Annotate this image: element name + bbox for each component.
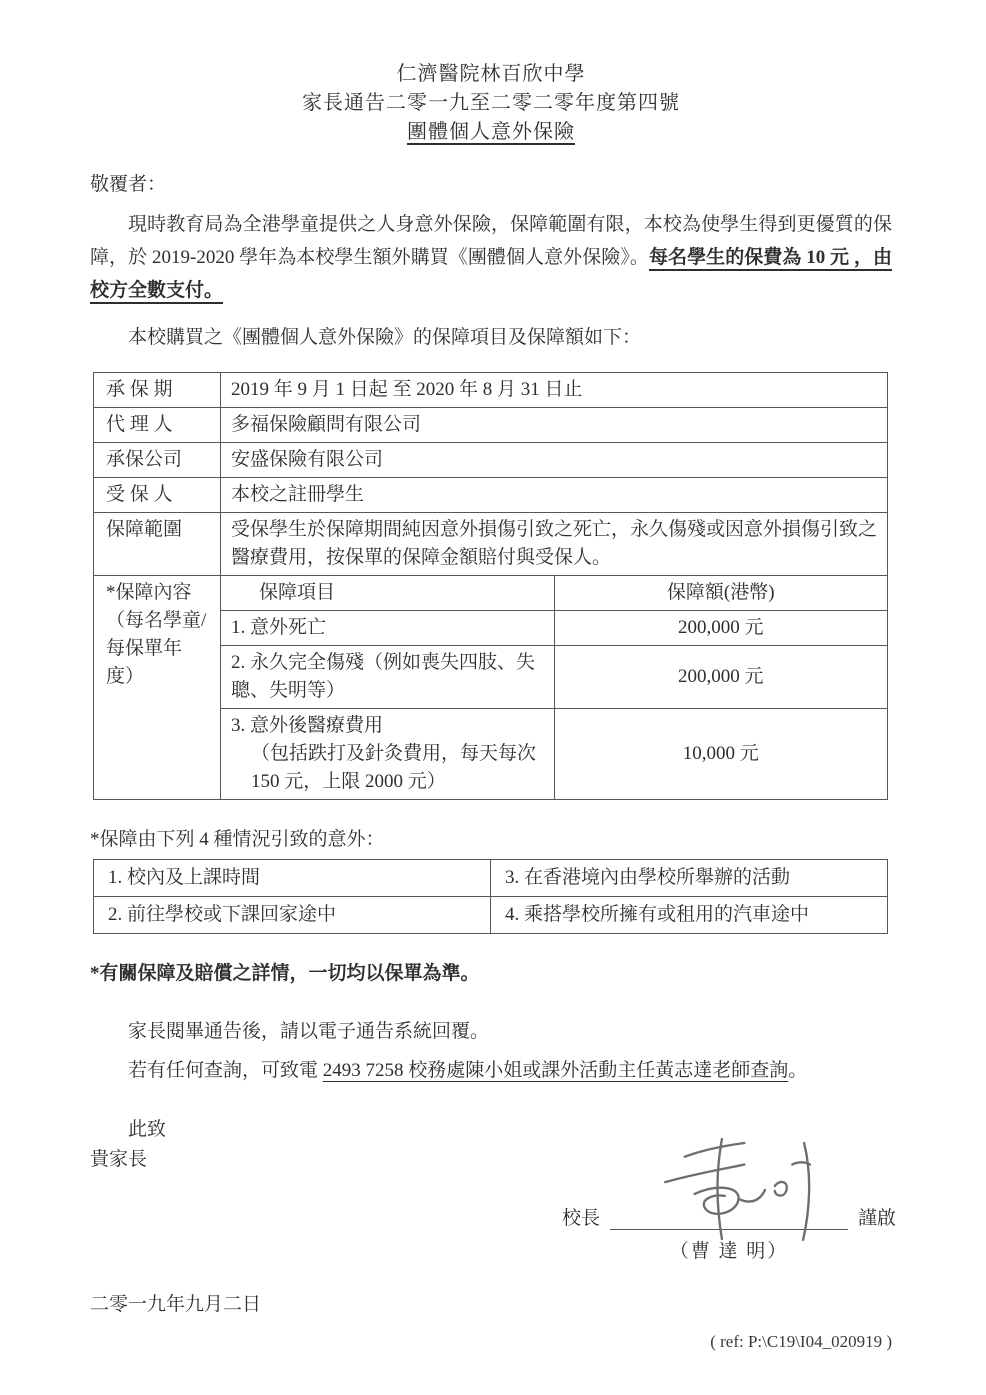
- enquiry-prefix: 若有任何查詢，可致電: [128, 1060, 323, 1081]
- policy-row-value: 2019 年 9 月 1 日起 至 2020 年 8 月 31 日止: [221, 373, 888, 408]
- document-header: 仁濟醫院林百欣中學 家長通告二零一九至二零二零年度第四號 團體個人意外保險: [90, 60, 892, 147]
- coverage-item: 1. 意外死亡: [221, 611, 555, 646]
- policy-details-table: 承 保 期 2019 年 9 月 1 日起 至 2020 年 8 月 31 日止…: [93, 372, 888, 800]
- situations-table: 1. 校內及上課時間 3. 在香港境內由學校所舉辦的活動 2. 前往學校或下課回…: [93, 859, 888, 934]
- table-row: 代 理 人 多福保險顧問有限公司: [94, 408, 888, 443]
- coverage-item: 2. 永久完全傷殘（例如喪失四肢、失聰、失明等）: [221, 646, 555, 709]
- enquiry-suffix: 。: [788, 1060, 807, 1081]
- situation-cell: 2. 前往學校或下課回家途中: [94, 897, 491, 934]
- item-column-header: 保障項目: [221, 576, 555, 611]
- table-row: 承 保 期 2019 年 9 月 1 日起 至 2020 年 8 月 31 日止: [94, 373, 888, 408]
- closing-section: 家長閱畢通告後，請以電子通告系統回覆。 若有任何查詢，可致電 2493 7258…: [90, 1015, 892, 1352]
- coverage-item-title: 3. 意外後醫療費用: [231, 712, 544, 740]
- situations-intro: *保障由下列 4 種情況引致的意外：: [90, 824, 892, 851]
- signature-row: 校長 謹啟: [562, 1203, 896, 1230]
- reference-number: ( ref: P:\C19\I04_020919 ): [90, 1332, 892, 1352]
- policy-row-value: 本校之註冊學生: [221, 478, 888, 513]
- table-intro-paragraph: 本校購買之《團體個人意外保險》的保障項目及保障額如下：: [90, 321, 892, 354]
- enquiry-line: 若有任何查詢，可致電 2493 7258 校務處陳小姐或課外活動主任黃志達老師查…: [90, 1054, 892, 1087]
- table-row: 2. 前往學校或下課回家途中 4. 乘搭學校所擁有或租用的汽車途中: [94, 897, 888, 934]
- signature-block: 校長 謹啟: [562, 1203, 896, 1263]
- coverage-amount: 10,000 元: [554, 709, 888, 800]
- intro-paragraph: 現時教育局為全港學童提供之人身意外保險，保障範圍有限，本校為使學生得到更優質的保…: [90, 208, 892, 307]
- coverage-amount: 200,000 元: [554, 646, 888, 709]
- coverage-content-label: *保障內容 （每名學童/ 每保單年 度）: [94, 576, 221, 800]
- reply-instruction: 家長閱畢通告後，請以電子通告系統回覆。: [90, 1015, 892, 1048]
- coverage-amount: 200,000 元: [554, 611, 888, 646]
- table-row: 1. 校內及上課時間 3. 在香港境內由學校所舉辦的活動: [94, 860, 888, 897]
- policy-row-value: 多福保險顧問有限公司: [221, 408, 888, 443]
- policy-row-value: 安盛保險有限公司: [221, 443, 888, 478]
- policy-row-label: 代 理 人: [94, 408, 221, 443]
- situation-cell: 1. 校內及上課時間: [94, 860, 491, 897]
- policy-row-value: 受保學生於保障期間純因意外損傷引致之死亡，永久傷殘或因意外損傷引致之醫療費用，按…: [221, 513, 888, 576]
- policy-row-label: 受 保 人: [94, 478, 221, 513]
- principal-signature: [628, 1135, 853, 1243]
- situation-cell: 3. 在香港境內由學校所舉辦的活動: [491, 860, 888, 897]
- salutation: 敬覆者：: [90, 169, 892, 196]
- coverage-item-note: （包括跌打及針灸費用，每天每次 150 元，上限 2000 元）: [231, 740, 544, 796]
- issue-date: 二零一九年九月二日: [90, 1289, 892, 1316]
- enquiry-contact: 2493 7258 校務處陳小姐或課外活動主任黃志達老師查詢: [323, 1060, 789, 1081]
- principal-label: 校長: [562, 1203, 600, 1230]
- situation-cell: 4. 乘搭學校所擁有或租用的汽車途中: [491, 897, 888, 934]
- policy-row-label: 承保公司: [94, 443, 221, 478]
- policy-row-label: 保障範圍: [94, 513, 221, 576]
- school-name: 仁濟醫院林百欣中學: [90, 60, 892, 89]
- respectfully-label: 謹啟: [858, 1203, 896, 1230]
- table-row: 保障範圍 受保學生於保障期間純因意外損傷引致之死亡，永久傷殘或因意外損傷引致之醫…: [94, 513, 888, 576]
- disclaimer-note: *有關保障及賠償之詳情，一切均以保單為準。: [90, 958, 892, 985]
- table-row: *保障內容 （每名學童/ 每保單年 度） 保障項目 保障額(港幣): [94, 576, 888, 611]
- notice-subject: 團體個人意外保險: [407, 118, 575, 147]
- signature-line: [610, 1225, 848, 1230]
- notice-document: 仁濟醫院林百欣中學 家長通告二零一九至二零二零年度第四號 團體個人意外保險 敬覆…: [0, 0, 986, 1395]
- notice-number: 家長通告二零一九至二零二零年度第四號: [90, 89, 892, 118]
- table-row: 承保公司 安盛保險有限公司: [94, 443, 888, 478]
- table-row: 受 保 人 本校之註冊學生: [94, 478, 888, 513]
- amount-column-header: 保障額(港幣): [554, 576, 888, 611]
- policy-row-label: 承 保 期: [94, 373, 221, 408]
- coverage-item: 3. 意外後醫療費用 （包括跌打及針灸費用，每天每次 150 元，上限 2000…: [221, 709, 555, 800]
